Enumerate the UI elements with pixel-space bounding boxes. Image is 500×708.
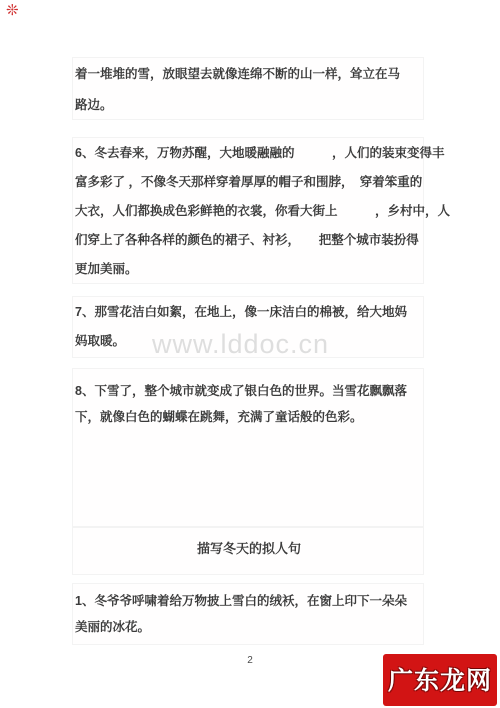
text-line: 路边。 xyxy=(75,90,423,121)
paragraph-item-6: 6、冬去春来，万物苏醒，大地暖融融的 ，人们的装束变得丰 富多彩了 ，不像冬天那… xyxy=(72,137,424,284)
text-line: 8、下雪了，整个城市就变成了银白色的世界。当雪花飘飘落 xyxy=(75,378,423,404)
text-line: 富多彩了 ，不像冬天那样穿着厚厚的帽子和围脖， 穿着笨重的 xyxy=(75,168,423,197)
text-line: 7、那雪花洁白如絮，在地上，像一床洁白的棉被，给大地妈 xyxy=(75,298,423,327)
text-line: 更加美丽。 xyxy=(75,255,423,284)
text-line: 1、冬爷爷呼啸着给万物披上雪白的绒袄，在窗上印下一朵朵 xyxy=(75,588,423,614)
text-line: 着一堆堆的雪，放眼望去就像连绵不断的山一样，耸立在马 xyxy=(75,59,423,90)
document-page: ❊ 着一堆堆的雪，放眼望去就像连绵不断的山一样，耸立在马 路边。 6、冬去春来，… xyxy=(0,0,500,708)
text-line: 6、冬去春来，万物苏醒，大地暖融融的 ，人们的装束变得丰 xyxy=(75,139,423,168)
text-line: 美丽的冰花。 xyxy=(75,614,423,640)
section-heading-block: 描写冬天的拟人句 xyxy=(72,527,424,575)
text-line: 们穿上了各种各样的颜色的裙子、衬衫， 把整个城市装扮得 xyxy=(75,226,423,255)
paragraph-snow-pile: 着一堆堆的雪，放眼望去就像连绵不断的山一样，耸立在马 路边。 xyxy=(72,57,424,120)
paragraph-item-1: 1、冬爷爷呼啸着给万物披上雪白的绒袄，在窗上印下一朵朵 美丽的冰花。 xyxy=(72,583,424,645)
text-line: 大衣，人们都换成色彩鲜艳的衣裳，你看大街上 ，乡村中，人 xyxy=(75,197,423,226)
text-line: 下，就像白色的蝴蝶在跳舞，充满了童话般的色彩。 xyxy=(75,404,423,430)
section-heading: 描写冬天的拟人句 xyxy=(75,537,423,561)
watermark: www.lddoc.cn xyxy=(152,329,329,360)
paragraph-item-8: 8、下雪了，整个城市就变成了银白色的世界。当雪花飘飘落 下，就像白色的蝴蝶在跳舞… xyxy=(72,368,424,527)
corner-mark-icon: ❊ xyxy=(6,3,19,18)
site-logo: 广东龙网 xyxy=(383,654,497,706)
